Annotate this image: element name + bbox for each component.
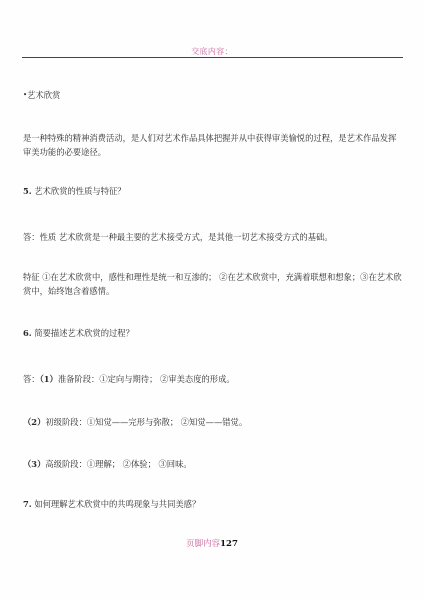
q5-answer-nature: 答：性质 艺术欣赏是一种最主要的艺术接受方式，是其他一切艺术接受方式的基础。 <box>23 230 403 244</box>
question-text: 如何理解艺术欣赏中的共鸣现象与共同美感？ <box>34 499 200 509</box>
question-number: 5. <box>23 186 32 196</box>
question-text: 艺术欣赏的性质与特征？ <box>34 186 125 196</box>
q6-answer-stage-3: （3）高级阶段：①理解； ②体验； ③回味。 <box>23 457 403 471</box>
stage-text: 初级阶段：①知觉——完形与弥散； ②知觉——错觉。 <box>45 417 247 427</box>
page-number: 127 <box>220 539 238 549</box>
stage-number: （2） <box>23 417 45 427</box>
q6-answer-stage-1: 答：（1）准备阶段：①定向与期待； ②审美态度的形成。 <box>23 372 403 386</box>
question-5: 5. 艺术欣赏的性质与特征？ <box>23 184 403 198</box>
question-text: 简要描述艺术欣赏的过程？ <box>34 328 134 338</box>
q5-answer-features: 特征 ①在艺术欣赏中，感性和理性是统一和互渗的； ②在艺术欣赏中，充满着联想和想… <box>23 270 403 298</box>
q6-answer-stage-2: （2）初级阶段：①知觉——完形与弥散； ②知觉——错觉。 <box>23 415 403 429</box>
definition-paragraph: 是一种特殊的精神消费活动，是人们对艺术作品具体把握并从中获得审美愉悦的过程，是艺… <box>23 131 403 159</box>
question-6: 6. 简要描述艺术欣赏的过程？ <box>23 326 403 340</box>
stage-number: （1） <box>40 374 58 384</box>
question-7: 7. 如何理解艺术欣赏中的共鸣现象与共同美感？ <box>23 497 403 511</box>
footer-label: 页脚内容 <box>186 539 220 549</box>
document-page: 交底内容： •艺术欣赏 是一种特殊的精神消费活动，是人们对艺术作品具体把握并从中… <box>0 0 424 600</box>
section-heading-art-appreciation: •艺术欣赏 <box>23 88 403 102</box>
question-number: 6. <box>23 328 32 338</box>
answer-prefix: 答： <box>23 374 40 384</box>
stage-text: 准备阶段：①定向与期待； ②审美态度的形成。 <box>58 374 235 384</box>
question-number: 7. <box>23 499 32 509</box>
page-footer: 页脚内容127 <box>0 537 424 549</box>
page-header-title: 交底内容： <box>0 46 424 57</box>
header-divider <box>22 57 403 58</box>
stage-number: （3） <box>23 459 45 469</box>
section-heading-text: 艺术欣赏 <box>27 90 60 100</box>
stage-text: 高级阶段：①理解； ②体验； ③回味。 <box>45 459 191 469</box>
